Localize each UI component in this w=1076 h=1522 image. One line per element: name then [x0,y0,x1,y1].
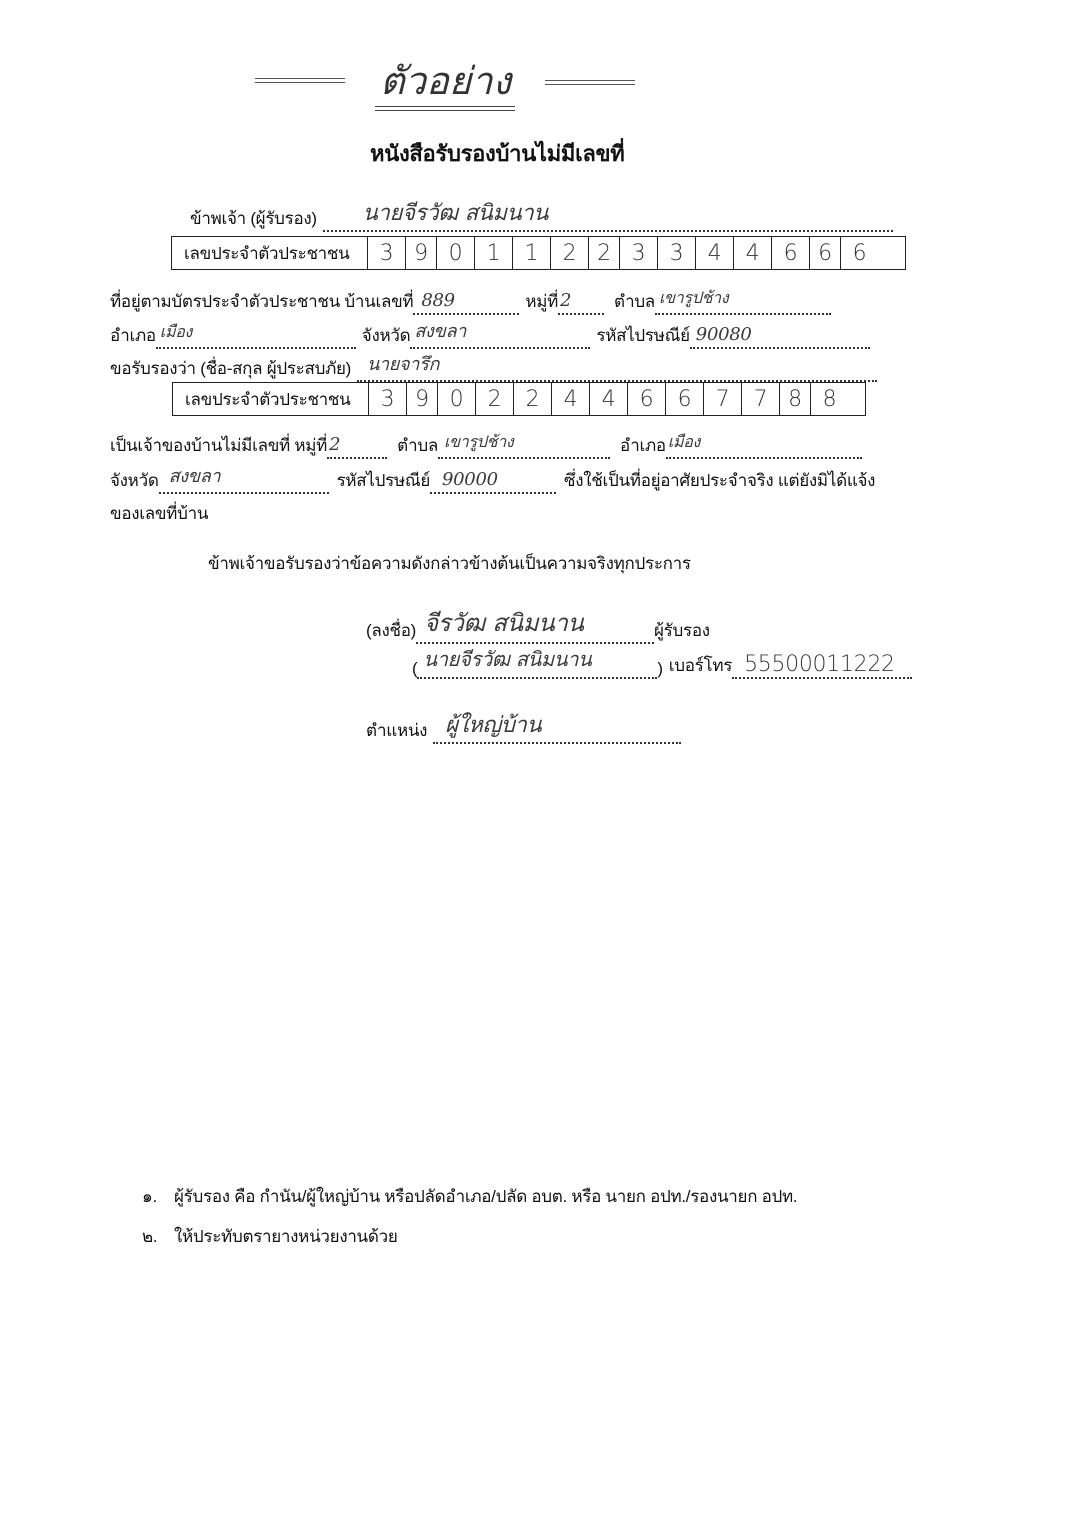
role-suffix: ผู้รับรอง [654,617,710,644]
document-title: หนังสือรับรองบ้านไม่มีเลขที่ [370,136,624,171]
sample-label: ตัวอย่าง [380,50,511,111]
house-tambon-label: ตำบล [397,432,438,459]
printed-name-field[interactable]: นายจีรวัฒ สนิมนาน [417,659,657,679]
house-no-label: ที่อยู่ตามบัตรประจำตัวประชาชน บ้านเลขที่ [110,288,413,315]
amphoe-value: เมือง [160,320,192,345]
house-amphoe-field[interactable]: เมือง [666,439,862,459]
id-digit-cell[interactable]: 9 [407,383,438,415]
house-tambon-value: เขารูปช้าง [444,430,513,455]
id-digit-cell[interactable]: 6 [841,237,878,269]
id-digit-cell[interactable]: 3 [658,237,696,269]
signature-field[interactable]: จีรวัฒ สนิมนาน [416,624,654,644]
victim-id-box: เลขประจำตัวประชาชน 3 9 0 2 2 4 4 6 6 7 7… [172,382,866,416]
id-digit-cell[interactable]: 0 [437,237,475,269]
decorative-line-right [545,80,635,85]
id-digit-cell[interactable]: 3 [368,237,406,269]
id-digit-cell[interactable]: 9 [406,237,437,269]
position-field[interactable]: ผู้ใหญ่บ้าน [433,724,681,744]
house-postcode-label: รหัสไปรษณีย์ [337,467,430,494]
province-value: สงขลา [414,316,466,345]
house-amphoe-label: อำเภอ [620,432,666,459]
victim-name-field[interactable]: นายจารึก [357,362,877,382]
certifier-id-box: เลขประจำตัวประชาชน 3 9 0 1 1 2 2 3 3 4 4… [171,236,906,270]
id-digit-cell[interactable]: 6 [772,237,810,269]
house-province-label: จังหวัด [110,467,159,494]
signature-row: (ลงชื่อ) จีรวัฒ สนิมนาน ผู้รับรอง [366,617,710,644]
id-digit-cell[interactable]: 7 [742,383,780,415]
certifier-id-label: เลขประจำตัวประชาชน [172,237,368,269]
address-row-1: ที่อยู่ตามบัตรประจำตัวประชาชน บ้านเลขที่… [110,288,831,315]
phone-label: เบอร์โทร [669,652,732,679]
certifier-name-field[interactable]: นายจีรวัฒ สนิมนาน [323,212,893,232]
id-digit-cell[interactable]: 0 [438,383,476,415]
victim-name-value: นายจารึก [367,349,439,378]
moo-field[interactable]: 2 [558,295,604,315]
footnote-number: ๑. [142,1183,174,1210]
victim-label: ขอรับรองว่า (ชื่อ-สกุล ผู้ประสบภัย) [110,355,351,382]
tambon-value: เขารูปช้าง [659,286,728,311]
footnote-text: ผู้รับรอง คือ กำนัน/ผู้ใหญ่บ้าน หรือปลัด… [174,1183,797,1210]
sample-underline [375,106,515,111]
footnotes: ๑. ผู้รับรอง คือ กำนัน/ผู้ใหญ่บ้าน หรือป… [142,1183,797,1250]
id-digit-cell[interactable]: 2 [476,383,514,415]
phone-field[interactable]: 55500011222 [732,659,912,679]
house-no-value: 889 [421,290,454,311]
certification-statement: ข้าพเจ้าขอรับรองว่าข้อความดังกล่าวข้างต้… [208,550,691,577]
province-field[interactable]: สงขลา [410,329,590,349]
signature-value: จีรวัฒ สนิมนาน [424,603,584,642]
residence-text-cont: ของเลขที่บ้าน [110,500,208,527]
phone-value: 55500011222 [744,652,895,677]
close-paren: ) [657,659,662,679]
house-postcode-field[interactable]: 90000 [430,474,556,494]
house-province-value: สงขลา [169,461,221,490]
address-row-2: อำเภอ เมือง จังหวัด สงขลา รหัสไปรษณีย์ 9… [110,322,870,349]
position-label: ตำแหน่ง [366,717,427,744]
id-digit-cell[interactable]: 2 [551,237,589,269]
house-postcode-value: 90000 [442,469,498,490]
tambon-field[interactable]: เขารูปช้าง [655,295,831,315]
id-digit-cell[interactable]: 8 [780,383,811,415]
id-digit-cell[interactable]: 7 [704,383,742,415]
house-row-2: จังหวัด สงขลา รหัสไปรษณีย์ 90000 ซึ่งใช้… [110,467,875,494]
house-no-field[interactable]: 889 [413,295,519,315]
house-owner-label: เป็นเจ้าของบ้านไม่มีเลขที่ หมู่ที่ [110,432,327,459]
certifier-label: ข้าพเจ้า (ผู้รับรอง) [190,205,317,232]
position-value: ผู้ใหญ่บ้าน [445,707,541,742]
id-digit-cell[interactable]: 2 [514,383,552,415]
house-province-field[interactable]: สงขลา [159,474,329,494]
footnote-item: ๒. ให้ประทับตรายางหน่วยงานด้วย [142,1223,797,1250]
tambon-label: ตำบล [614,288,655,315]
id-digit-cell[interactable]: 4 [552,383,590,415]
printed-name-value: นายจีรวัฒ สนิมนาน [423,643,591,675]
house-tambon-field[interactable]: เขารูปช้าง [438,439,610,459]
id-digit-cell[interactable]: 1 [513,237,551,269]
postcode-label: รหัสไปรษณีย์ [596,322,689,349]
id-digit-cell[interactable]: 3 [369,383,407,415]
printed-name-row: ( นายจีรวัฒ สนิมนาน ) เบอร์โทร 555000112… [412,652,912,679]
id-digit-cell[interactable]: 6 [628,383,666,415]
moo-value: 2 [560,290,571,311]
id-digit-cell[interactable]: 2 [589,237,620,269]
id-digit-cell[interactable]: 6 [666,383,704,415]
id-digit-cell[interactable]: 6 [810,237,841,269]
id-digit-cell[interactable]: 4 [590,383,628,415]
id-digit-cell[interactable]: 4 [734,237,772,269]
moo-label: หมู่ที่ [525,288,558,315]
province-label: จังหวัด [362,322,411,349]
certifier-name-value: นายจีรวัฒ สนิมนาน [363,195,548,230]
postcode-field[interactable]: 90080 [690,329,870,349]
position-row: ตำแหน่ง ผู้ใหญ่บ้าน [366,717,681,744]
amphoe-field[interactable]: เมือง [156,329,356,349]
house-amphoe-value: เมือง [668,430,700,455]
house-moo-value: 2 [329,434,340,455]
id-digit-cell[interactable]: 4 [696,237,734,269]
residence-text: ซึ่งใช้เป็นที่อยู่อาศัยประจำจริง แต่ยังม… [564,467,875,494]
decorative-line-left [255,78,345,83]
victim-name-row: ขอรับรองว่า (ชื่อ-สกุล ผู้ประสบภัย) นายจ… [110,355,877,382]
footnote-number: ๒. [142,1223,174,1250]
sign-label: (ลงชื่อ) [366,617,416,644]
id-digit-cell[interactable]: 3 [620,237,658,269]
certifier-name-row: ข้าพเจ้า (ผู้รับรอง) นายจีรวัฒ สนิมนาน [190,205,893,232]
house-row-1: เป็นเจ้าของบ้านไม่มีเลขที่ หมู่ที่ 2 ตำบ… [110,432,862,459]
victim-id-label: เลขประจำตัวประชาชน [173,383,369,415]
amphoe-label: อำเภอ [110,322,156,349]
footnote-text: ให้ประทับตรายางหน่วยงานด้วย [174,1223,398,1250]
id-digit-cell[interactable]: 1 [475,237,513,269]
footnote-item: ๑. ผู้รับรอง คือ กำนัน/ผู้ใหญ่บ้าน หรือป… [142,1183,797,1210]
sample-watermark: ตัวอย่าง [255,50,645,110]
id-digit-cell[interactable]: 8 [811,383,848,415]
postcode-value: 90080 [696,324,752,345]
house-moo-field[interactable]: 2 [327,439,387,459]
